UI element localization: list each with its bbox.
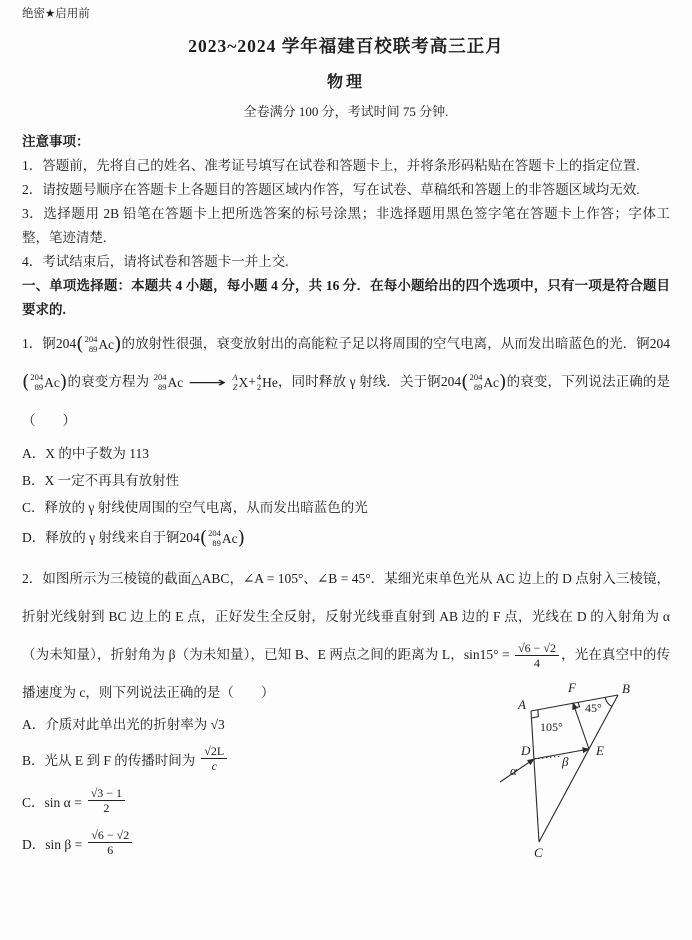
- q1-text-3: 的衰变方程为: [67, 374, 152, 389]
- atomic-number: 89: [89, 345, 98, 355]
- nuclide-actinium: (20489Ac): [200, 529, 245, 549]
- incident-ray: [500, 759, 534, 782]
- prism-diagram: A B C D E F 105° 45° α β: [492, 654, 670, 870]
- q1-option-c: C．释放的 γ 射线使周围的空气电离，从而发出暗蓝色的光: [22, 494, 670, 521]
- nuclide-helium: 42He: [256, 373, 278, 393]
- question-2: 2．如图所示为三棱镜的截面△ABC，∠A = 105°、∠B = 45°．某细光…: [22, 560, 670, 864]
- q1-options: A．X 的中子数为 113 B．X 一定不再具有放射性 C．释放的 γ 射线使周…: [22, 440, 670, 555]
- nuclide-actinium: (20489Ac): [22, 373, 67, 393]
- q2-option-d: D．sin β =√6 − √26: [22, 822, 402, 864]
- nuclide-x: AZX: [231, 373, 248, 393]
- option-d-fraction: √6 − √26: [88, 828, 132, 858]
- notice-item-3: 3．选择题用 2B 铅笔在答题卡上把所选答案的标号涂黑；非选择题用黑色签字笔在答…: [22, 202, 670, 250]
- notice-heading: 注意事项：: [22, 130, 670, 154]
- nuclide-actinium: (20489Ac): [461, 373, 506, 393]
- section-heading: 一、单项选择题：本题共 4 小题，每小题 4 分，共 16 分．在每小题给出的四…: [22, 274, 670, 322]
- q2-option-c: C．sin α =√3 − 12: [22, 780, 402, 822]
- q1-option-d: D．释放的 γ 射线来自于锕204(20489Ac): [22, 521, 670, 555]
- q1-text-4: ，同时释放 γ 射线．关于锕204: [278, 374, 461, 389]
- element-symbol: Ac: [98, 338, 114, 352]
- notice-item-4: 4．考试结束后，请将试卷和答题卡一并上交.: [22, 250, 670, 274]
- vertex-c-label: C: [534, 845, 543, 860]
- angle-b-value: 45°: [585, 701, 602, 715]
- q1-option-a: A．X 的中子数为 113: [22, 440, 670, 467]
- beta-label: β: [561, 754, 569, 769]
- angle-a-value: 105°: [540, 720, 563, 734]
- q1-stem: 1．锕204(20489Ac)的放射性很强，衰变放射出的高能粒子足以将周围的空气…: [22, 325, 670, 440]
- q2-options: A．介质对此单出光的折射率为 √3 B．光从 E 到 F 的传播时间为√2Lc …: [22, 712, 402, 864]
- notice-item-1: 1．答题前，先将自己的姓名、准考证号填写在试卷和答题卡上，并将条形码粘贴在答题卡…: [22, 154, 670, 178]
- angle-arc-b: [605, 697, 612, 706]
- q2-option-b: B．光从 E 到 F 的传播时间为√2Lc: [22, 738, 402, 780]
- q1-text-1: 1．锕204: [22, 336, 76, 351]
- exam-paper-page: 绝密★启用前 2023~2024 学年福建百校联考高三正月 物理 全卷满分 10…: [0, 0, 692, 940]
- side-ac: [531, 711, 539, 842]
- point-e-label: E: [595, 743, 604, 758]
- classification-label: 绝密★启用前: [22, 6, 670, 22]
- subject-title: 物理: [22, 72, 670, 94]
- alpha-label: α: [510, 763, 518, 778]
- q2-option-a: A．介质对此单出光的折射率为 √3: [22, 712, 402, 738]
- vertex-a-label: A: [517, 697, 526, 712]
- exam-info: 全卷满分 100 分，考试时间 75 分钟.: [22, 103, 670, 121]
- nuclide-actinium-bare: 20489Ac: [153, 373, 184, 393]
- notice-item-2: 2．请按题号顺序在答题卡上各题目的答题区域内作答，写在试卷、草稿纸和答题上的非答…: [22, 178, 670, 202]
- nuclide-actinium: (20489Ac): [76, 335, 121, 355]
- option-b-fraction: √2Lc: [201, 744, 227, 774]
- q1-text-2: 的放射性很强，衰变放射出的高能粒子足以将周围的空气电离，从而发出暗蓝色的光．锕2…: [121, 336, 670, 351]
- notice-section: 注意事项： 1．答题前，先将自己的姓名、准考证号填写在试卷和答题卡上，并将条形码…: [22, 130, 670, 274]
- side-bc: [539, 695, 618, 842]
- q1-option-b: B．X 一定不再具有放射性: [22, 467, 670, 494]
- page-title: 2023~2024 学年福建百校联考高三正月: [22, 34, 670, 58]
- decay-arrow-icon: ⟶: [188, 364, 226, 402]
- point-d-label: D: [520, 743, 531, 758]
- vertex-b-label: B: [622, 681, 630, 696]
- point-f-label: F: [567, 680, 577, 695]
- plus-sign: +: [248, 374, 256, 389]
- question-1: 1．锕204(20489Ac)的放射性很强，衰变放射出的高能粒子足以将周围的空气…: [22, 325, 670, 555]
- option-c-fraction: √3 − 12: [88, 786, 125, 816]
